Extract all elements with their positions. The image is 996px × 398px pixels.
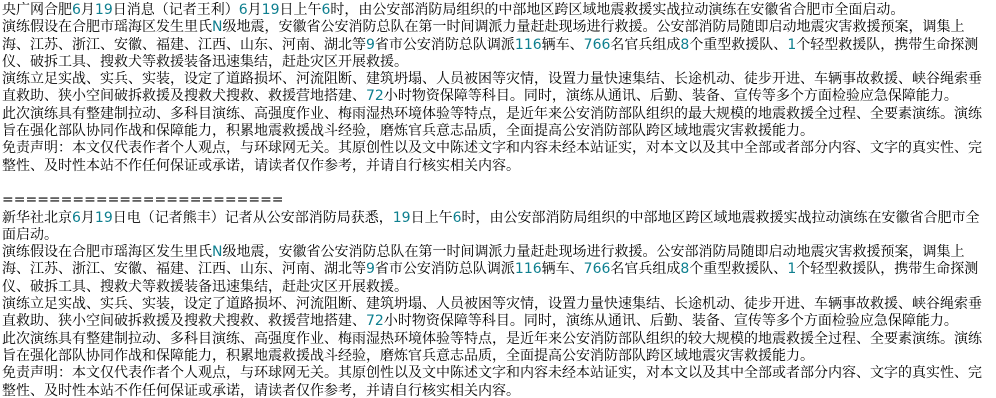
- text-line: 旨在强化部队协同作战和保障能力，积累地震救援战斗经验，磨炼官兵意志品质，全面提高…: [2, 123, 996, 140]
- highlighted-number: 1: [787, 37, 796, 53]
- text-line: 此次演练具有整建制拉动、多科目演练、高强度作业、梅雨湿热环境体验等特点，是近年来…: [2, 331, 996, 348]
- text-line: 整性、及时性本站不作任何保证或承诺，请读者仅作参考，并请自行核实相关内容。: [2, 383, 996, 398]
- article-xinhua-report: 新华社北京6月19日电（记者熊丰）记者从公安部消防局获悉，19日上午6时，由公安…: [2, 210, 996, 398]
- highlighted-number: 9: [366, 261, 375, 277]
- highlighted-number: 6: [239, 2, 248, 18]
- text-line: 直救助、狭小空间破拆救援及搜救犬搜救、救援营地搭建、72小时物资保障等科目。同时…: [2, 313, 996, 330]
- text-line: 直救助、狭小空间破拆救援及搜救犬搜救、救援营地搭建、72小时物资保障等科目。同时…: [2, 88, 996, 105]
- highlighted-number: 116: [515, 37, 542, 53]
- highlighted-number: 8: [680, 261, 689, 277]
- highlighted-number: 9: [366, 37, 375, 53]
- text-line: 面启动。: [2, 227, 996, 244]
- highlighted-number: 6: [72, 210, 81, 226]
- highlighted-number: 72: [366, 313, 384, 329]
- highlighted-number: 72: [366, 88, 384, 104]
- highlighted-number: N: [212, 19, 222, 35]
- text-line: 演练立足实战、实兵、实装，设定了道路损坏、河流阻断、建筑坍塌、人员被困等灾情，设…: [2, 296, 996, 313]
- text-line: 旨在强化部队协同作战和保障能力，积累地震救援战斗经验，磨炼官兵意志品质，全面提高…: [2, 348, 996, 365]
- text-line: 央广网合肥6月19日消息（记者王利）6月19日上午6时，由公安部消防局组织的中部…: [2, 2, 996, 19]
- highlighted-number: 6: [453, 210, 462, 226]
- text-line: 仪、破拆工具、搜救犬等救援装备迅速集结，赶赴灾区开展救援。: [2, 279, 996, 296]
- text-line: 免责声明：本文仅代表作者个人观点，与环球网无关。其原创性以及文中陈述文字和内容未…: [2, 365, 996, 382]
- pasted-news-text: 央广网合肥6月19日消息（记者王利）6月19日上午6时，由公安部消防局组织的中部…: [0, 0, 996, 398]
- highlighted-number: 19: [95, 2, 113, 18]
- text-line: 整性、及时性本站不作任何保证或承诺，请读者仅作参考，并请自行核实相关内容。: [2, 158, 996, 175]
- separator-line: ========================: [2, 192, 996, 209]
- text-line: 新华社北京6月19日电（记者熊丰）记者从公安部消防局获悉，19日上午6时，由公安…: [2, 210, 996, 227]
- highlighted-number: 766: [584, 261, 611, 277]
- highlighted-number: 19: [95, 210, 113, 226]
- highlighted-number: 6: [322, 2, 331, 18]
- text-line: 海、江苏、浙江、安徽、福建、江西、山东、河南、湖北等9省市公安消防总队调派116…: [2, 261, 996, 278]
- text-line: 免责声明：本文仅代表作者个人观点，与环球网无关。其原创性以及文中陈述文字和内容未…: [2, 140, 996, 157]
- highlighted-number: 19: [393, 210, 411, 226]
- text-line: 仪、破拆工具、搜救犬等救援装备迅速集结，赶赴灾区开展救援。: [2, 54, 996, 71]
- text-line: 演练假设在合肥市瑶海区发生里氏N级地震，安徽省公安消防总队在第一时间调派力量赶赴…: [2, 19, 996, 36]
- highlighted-number: 8: [680, 37, 689, 53]
- blank-line: [2, 175, 996, 192]
- text-line: 此次演练具有整建制拉动、多科目演练、高强度作业、梅雨湿热环境体验等特点，是近年来…: [2, 106, 996, 123]
- article-cctv-report: 央广网合肥6月19日消息（记者王利）6月19日上午6时，由公安部消防局组织的中部…: [2, 2, 996, 175]
- highlighted-number: 1: [787, 261, 796, 277]
- highlighted-number: 6: [72, 2, 81, 18]
- text-line: 演练立足实战、实兵、实装，设定了道路损坏、河流阻断、建筑坍塌、人员被困等灾情，设…: [2, 71, 996, 88]
- text-line: 海、江苏、浙江、安徽、福建、江西、山东、河南、湖北等9省市公安消防总队调派116…: [2, 37, 996, 54]
- highlighted-number: 19: [262, 2, 280, 18]
- highlighted-number: N: [212, 244, 222, 260]
- highlighted-number: 116: [515, 261, 542, 277]
- text-line: 演练假设在合肥市瑶海区发生里氏N级地震，安徽省公安消防总队在第一时间调派力量赶赴…: [2, 244, 996, 261]
- highlighted-number: 766: [584, 37, 611, 53]
